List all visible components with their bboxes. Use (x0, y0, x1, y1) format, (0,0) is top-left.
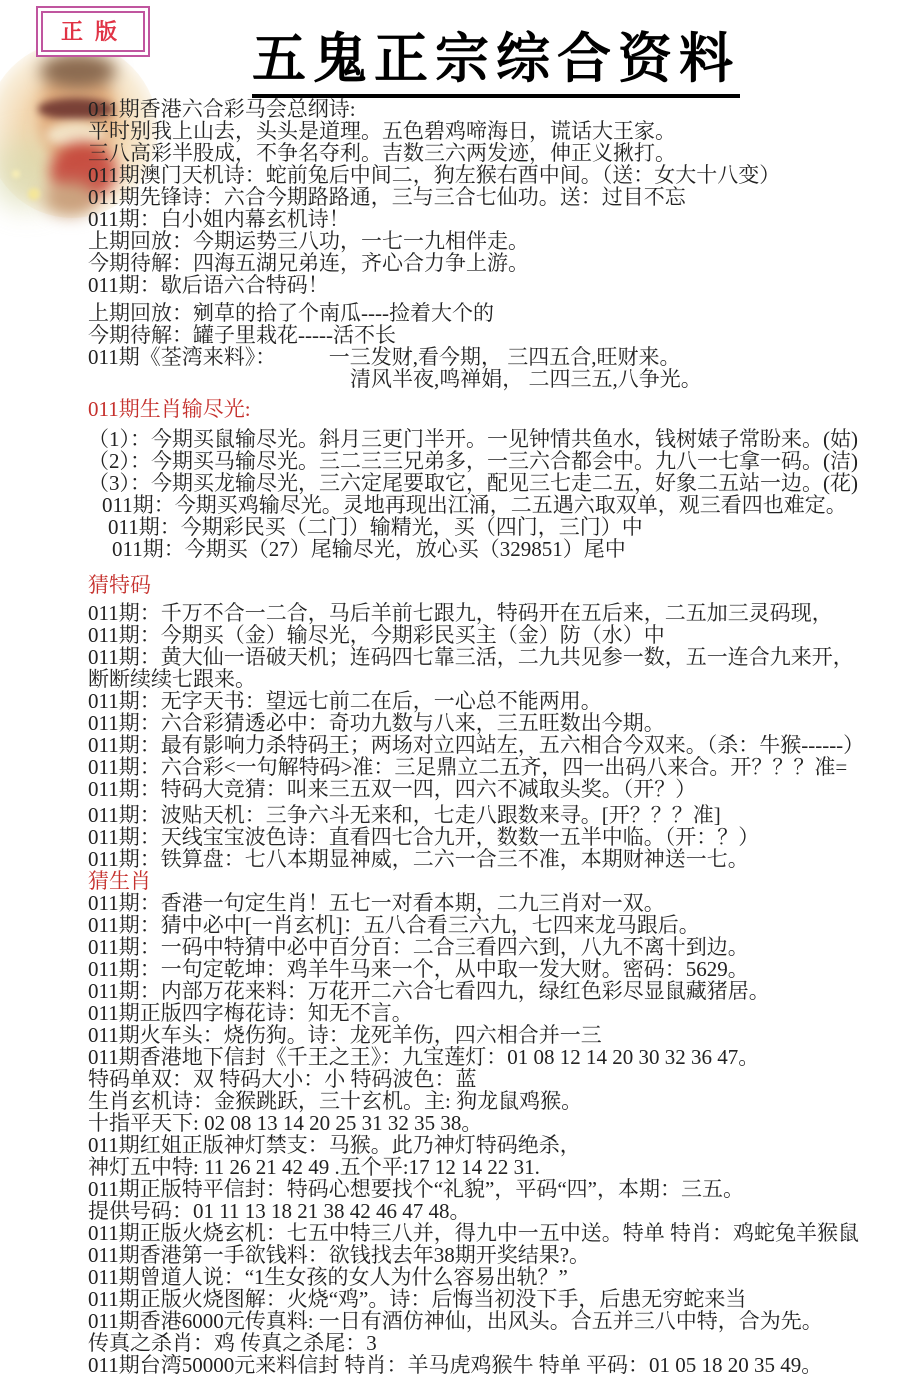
text-line: 011期：今期买鸡输尽光。灵地再现出江涌，二五遇六取双单，观三看四也难定。 (88, 494, 900, 516)
text-line: 断断续续七跟来。 (88, 668, 900, 690)
text-line: 011期澳门天机诗：蛇前兔后中间二，狗左猴右酉中间。（送：女大十八变） (88, 164, 900, 186)
text-line: 上期回放：剜草的拾了个南瓜----捡着大个的 (88, 302, 900, 324)
text-line: 011期《荃湾来料》： 一三发财,看今期， 三四五合,旺财来。 (88, 346, 900, 368)
text-line: 平时别我上山去，头头是道理。五色碧鸡啼海日，谎话大王家。 (88, 120, 900, 142)
text-line: 011期香港第一手欲钱料：欲钱找去年38期开奖结果?。 (88, 1244, 900, 1266)
text-line: 011期：波贴天机：三争六斗无来和，七走八跟数来寻。[开？？？准] (88, 804, 900, 826)
text-line: 011期先锋诗：六合今期路路通，三与三合七仙功。送：过目不忘 (88, 186, 900, 208)
text-line: 011期：今期买（金）输尽光，今期彩民买主（金）防（水）中 (88, 624, 900, 646)
text-line: 011期台湾50000元来料信封 特肖：羊马虎鸡猴牛 特单 平码：01 05 1… (88, 1354, 900, 1376)
text-line: 011期：六合彩<一句解特码>准：三足鼎立二五齐，四一出码八来合。开？？？准= (88, 756, 900, 778)
genuine-badge-label: 正版 (57, 19, 129, 44)
text-line: 011期香港地下信封《千王之王》：九宝莲灯：01 08 12 14 20 30 … (88, 1046, 900, 1068)
text-line: 011期：一码中特猜中必中百分百：二合三看四六到，八九不离十到边。 (88, 936, 900, 958)
text-line: 011期：六合彩猜透必中：奇功九数与八来，三五旺数出今期。 (88, 712, 900, 734)
text-line: （3）：今期买龙输尽光，三六定尾要取它，配见三七走二五，好象二五站一边。(花) (88, 472, 900, 494)
photo-sparkle (12, 170, 20, 178)
section-heading: 猜特码 (88, 574, 900, 596)
lottery-tip-sheet: 正版 五鬼正宗综合资料 011期香港六合彩马会总纲诗:平时别我上山去，头头是道理… (0, 0, 900, 1381)
text-line: 生肖玄机诗：金猴跳跃，三十玄机。主: 狗龙鼠鸡猴。 (88, 1090, 900, 1112)
text-line: 上期回放：今期运势三八功，一七一九相伴走。 (88, 230, 900, 252)
text-line: 011期：今期买（27）尾输尽光，放心买（329851）尾中 (88, 538, 900, 560)
text-line: 011期：今期彩民买（二门）输精光，买（四门，三门）中 (88, 516, 900, 538)
text-line: 011期曾道人说：“1生女孩的女人为什么容易出轨？” (88, 1266, 900, 1288)
text-line: 三八高彩半股成，不争名夺利。吉数三六两发迹，伸正义揪打。 (88, 142, 900, 164)
genuine-badge: 正版 (36, 6, 150, 57)
genuine-badge-frame: 正版 (41, 11, 145, 52)
text-line: 011期：无字天书：望远七前二在后，一心总不能两用。 (88, 690, 900, 712)
text-line: 011期红姐正版神灯禁支：马猴。此乃神灯特码绝杀， (88, 1134, 900, 1156)
text-line: 011期正版火烧玄机：七五中特三八并，得九中一五中送。特单 特肖：鸡蛇兔羊猴鼠 (88, 1222, 900, 1244)
text-line: 011期正版四字梅花诗：知无不言。 (88, 1002, 900, 1024)
text-line: 今期待解：罐子里栽花-----活不长 (88, 324, 900, 346)
text-line: 011期：歇后语六合特码！ (88, 274, 900, 296)
text-line: 011期香港6000元传真料: 一日有酒仿神仙，出风头。合五并三八中特，合为先。 (88, 1310, 900, 1332)
text-line: 011期香港六合彩马会总纲诗: (88, 98, 900, 120)
text-line: 011期：千万不合一二合，马后羊前七跟九，特码开在五后来，二五加三灵码现， (88, 602, 900, 624)
text-line: 011期正版火烧图解：火烧“鸡”。诗：后悔当初没下手，后患无穷蛇来当 (88, 1288, 900, 1310)
text-line: 011期：黄大仙一语破天机；连码四七靠三活，二九共见参一数，五一连合九来开， (88, 646, 900, 668)
section-heading: 猜生肖 (88, 870, 900, 892)
text-line: 011期：香港一句定生肖！五七一对看本期，二九三肖对一双。 (88, 892, 900, 914)
photo-sparkle (28, 188, 40, 200)
content-lines: 011期香港六合彩马会总纲诗:平时别我上山去，头头是道理。五色碧鸡啼海日，谎话大… (88, 98, 900, 1376)
text-line: 011期：猜中必中[一肖玄机]：五八合看三六九，七四来龙马跟后。 (88, 914, 900, 936)
text-line: 011期正版特平信封：特码心想要找个“礼貌”，平码“四”，本期：三五。 (88, 1178, 900, 1200)
section-heading: 011期生肖输尽光: (88, 398, 900, 420)
text-line: 今期待解：四海五湖兄弟连，齐心合力争上游。 (88, 252, 900, 274)
text-line: 011期：白小姐内幕玄机诗！ (88, 208, 900, 230)
text-line: 011期：特码大竞猜：叫来三五双一四，四六不减取头奖。（开？） (88, 778, 900, 800)
text-line: 提供号码：01 11 13 18 21 38 42 46 47 48。 (88, 1200, 900, 1222)
text-line: 011期：最有影响力杀特码王；两场对立四站左，五六相合今双来。（杀：牛猴----… (88, 734, 900, 756)
text-line: （2）：今期买马输尽光。三二三三兄弟多，一三六合都会中。九八一七拿一码。(洁) (88, 450, 900, 472)
text-line: 清风半夜,鸣禅娟， 二四三五,八争光。 (88, 368, 900, 390)
text-line: 011期：一句定乾坤：鸡羊牛马来一个，从中取一发大财。密码：5629。 (88, 958, 900, 980)
text-line: 十指平天下: 02 08 13 14 20 25 31 32 35 38。 (88, 1112, 900, 1134)
text-line: 神灯五中特: 11 26 21 42 49 .五个平:17 12 14 22 3… (88, 1156, 900, 1178)
text-line: 011期火车头：烧伤狗。诗：龙死羊伤，四六相合并一三 (88, 1024, 900, 1046)
photo-hair (40, 54, 116, 88)
text-line: （1）：今期买鼠输尽光。斜月三更门半开。一见钟情共鱼水，钱树婊子常盼来。(姑) (88, 428, 900, 450)
text-line: 传真之杀肖：鸡 传真之杀尾：3 (88, 1332, 900, 1354)
text-line: 011期：内部万花来料：万花开二六合七看四九，绿红色彩尽显鼠藏猪居。 (88, 980, 900, 1002)
text-line: 特码单双：双 特码大小：小 特码波色：蓝 (88, 1068, 900, 1090)
page-title: 五鬼正宗综合资料 (252, 30, 740, 98)
text-line: 011期：天线宝宝波色诗：直看四七合九开，数数一五半中临。（开：？） (88, 826, 900, 848)
text-line: 011期：铁算盘：七八本期显神威，二六一合三不准，本期财神送一七。 (88, 848, 900, 870)
